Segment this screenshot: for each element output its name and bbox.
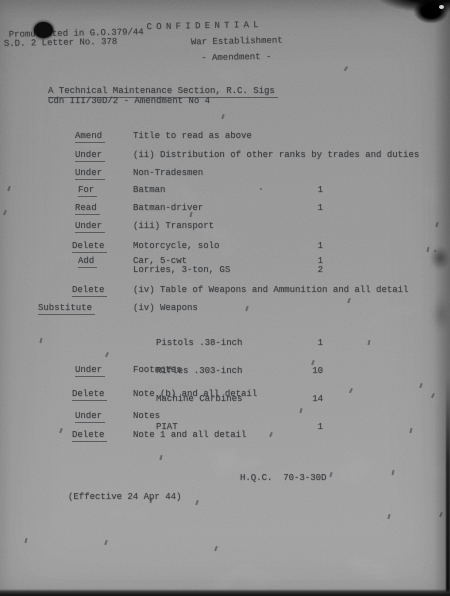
classification-header: CONFIDENTIAL <box>146 21 263 33</box>
action-label: For <box>78 186 97 197</box>
effective-date: (Effective 24 Apr 44) <box>68 493 181 502</box>
scan-speck <box>349 388 353 393</box>
scan-smudge <box>430 246 450 270</box>
weapon-name: Machine Carbines <box>156 395 242 404</box>
scan-speck <box>347 298 350 303</box>
scan-speck <box>387 514 390 519</box>
scan-speck <box>245 306 248 311</box>
scan-speck <box>329 472 332 477</box>
scan-speck <box>195 500 198 505</box>
scan-speck <box>344 66 348 71</box>
scan-speck <box>367 340 370 345</box>
hole-punch <box>34 22 53 38</box>
scan-edge-bottom <box>0 589 450 596</box>
scan-speck <box>105 352 108 357</box>
scan-speck <box>214 546 217 551</box>
file-reference: H.Q.C. 70-3-30D <box>240 474 326 483</box>
action-label: Under <box>75 151 105 162</box>
action-label: Amend <box>75 132 105 143</box>
action-label: Delete <box>72 390 107 401</box>
scan-speck <box>7 186 10 191</box>
amendment-text: Title to read as above <box>133 132 252 141</box>
weapon-qty: 1 <box>293 339 323 348</box>
scan-speck <box>59 428 62 433</box>
scan-speck <box>104 540 107 545</box>
scan-speck <box>189 212 192 217</box>
weapon-qty: 1 <box>293 423 323 432</box>
weapon-name: Pistols .38-inch <box>156 339 242 348</box>
amendment-text: (iii) Transport <box>133 222 214 231</box>
amendment-text: Batman <box>133 186 165 195</box>
action-label: Read <box>75 204 100 215</box>
weapon-name: PIAT <box>156 423 242 432</box>
unit-reference: Cdn III/30D/2 - Amendment No 4 <box>48 97 210 106</box>
weapons-list: Pistols .38-inch Rifles .303-inch Machin… <box>156 320 242 452</box>
quantity-value: 2 <box>293 266 323 275</box>
scan-speck <box>39 338 42 343</box>
weapons-quantities: 1 10 14 1 <box>293 320 323 452</box>
scan-speck <box>409 428 412 433</box>
amendment-text: (iv) Table of Weapons and Ammunition and… <box>133 286 408 295</box>
document-page: Promulgated in G.O.379/44 S.D. 2 Letter … <box>0 0 450 596</box>
action-label: Add <box>78 257 97 268</box>
scan-speck <box>221 114 224 119</box>
scan-speck <box>260 188 262 190</box>
promulgation-line2: S.D. 2 Letter No. 378 <box>4 38 118 50</box>
amendment-text: (iv) Weapons <box>133 304 198 313</box>
amendment-text: (ii) Distribution of other ranks by trad… <box>133 151 419 160</box>
action-label: Delete <box>72 242 107 253</box>
scan-speck <box>391 470 394 475</box>
amendment-text: Motorcycle, solo <box>133 242 219 251</box>
quantity-value: 1 <box>293 242 323 251</box>
action-label: Under <box>75 412 105 423</box>
quantity-value: 1 <box>293 186 323 195</box>
amendment-text: Lorries, 3-ton, GS <box>133 266 230 275</box>
weapon-name: Rifles .303-inch <box>156 367 242 376</box>
action-label: Under <box>75 169 105 180</box>
action-label: Under <box>75 222 105 233</box>
scan-smudge <box>432 296 450 332</box>
scan-edge-right-strip <box>446 377 450 592</box>
establishment-label: War Establishment <box>191 37 283 48</box>
amendment-text: Batman-driver <box>133 204 203 213</box>
scan-speck <box>24 538 27 543</box>
scan-corner-blot <box>409 0 450 27</box>
scan-speck <box>419 383 422 388</box>
weapon-qty: 10 <box>293 367 323 376</box>
amendment-text: Non-Tradesmen <box>133 169 203 178</box>
scan-speck <box>426 247 429 252</box>
action-label: Delete <box>72 431 107 442</box>
action-label: Under <box>75 366 105 377</box>
scan-speck <box>269 432 272 437</box>
scan-speck <box>159 455 162 460</box>
weapon-qty: 14 <box>293 395 323 404</box>
scan-corner-speck <box>439 5 444 9</box>
action-label: Substitute <box>38 304 95 315</box>
quantity-value: 1 <box>293 204 323 213</box>
amendment-heading: - Amendment - <box>201 53 271 64</box>
scan-speck <box>3 210 6 215</box>
action-label: Delete <box>72 286 107 297</box>
